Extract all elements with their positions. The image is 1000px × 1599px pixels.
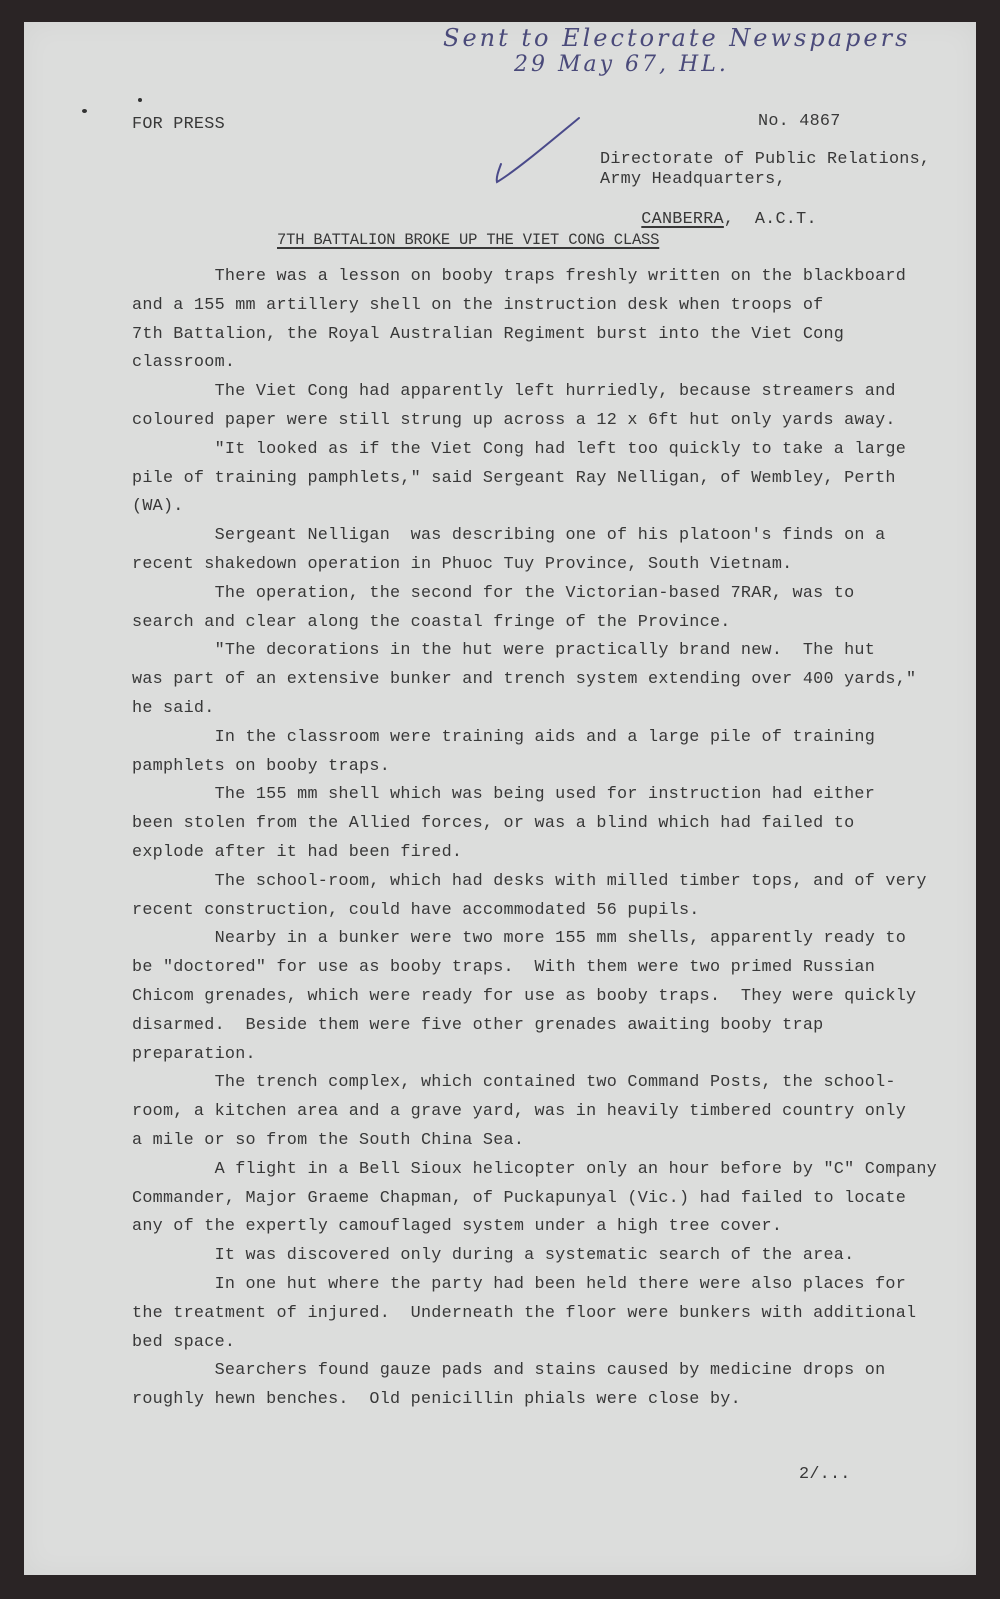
body-line: "The decorations in the hut were practic…: [132, 641, 875, 661]
body-line: coloured paper were still strung up acro…: [132, 411, 896, 431]
body-line: pamphlets on booby traps.: [132, 757, 390, 777]
body-line: Searchers found gauze pads and stains ca…: [132, 1361, 885, 1381]
body-line: The school-room, which had desks with mi…: [132, 872, 927, 892]
body-line: any of the expertly camouflaged system u…: [132, 1217, 782, 1237]
body-line: Nearby in a bunker were two more 155 mm …: [132, 929, 906, 949]
address-state: , A.C.T.: [724, 210, 817, 229]
address-city: CANBERRA: [641, 210, 724, 229]
address-line-2: Army Headquarters,: [600, 170, 786, 190]
body-line: was part of an extensive bunker and tren…: [132, 670, 916, 690]
body-line: the treatment of injured. Underneath the…: [132, 1304, 916, 1324]
body-line: There was a lesson on booby traps freshl…: [132, 267, 906, 287]
continuation-marker: 2/...: [799, 1465, 851, 1485]
body-line: Sergeant Nelligan was describing one of …: [132, 526, 885, 546]
body-line: explode after it had been fired.: [132, 843, 462, 863]
body-line: The trench complex, which contained two …: [132, 1073, 896, 1093]
body-line: room, a kitchen area and a grave yard, w…: [132, 1102, 906, 1122]
document-page: Sent to Electorate Newspapers 29 May 67,…: [24, 22, 976, 1575]
body-line: bed space.: [132, 1333, 235, 1353]
body-line: It was discovered only during a systemat…: [132, 1246, 854, 1266]
body-line: disarmed. Beside them were five other gr…: [132, 1016, 823, 1036]
body-line: In the classroom were training aids and …: [132, 728, 875, 748]
body-line: The 155 mm shell which was being used fo…: [132, 785, 875, 805]
body-line: The Viet Cong had apparently left hurrie…: [132, 382, 896, 402]
body-line: recent construction, could have accommod…: [132, 901, 700, 921]
body-line: roughly hewn benches. Old penicillin phi…: [132, 1390, 741, 1410]
release-number: No. 4867: [758, 112, 841, 132]
body-line: The operation, the second for the Victor…: [132, 584, 854, 604]
body-line: pile of training pamphlets," said Sergea…: [132, 469, 896, 489]
body-line: (WA).: [132, 497, 184, 517]
body-line: recent shakedown operation in Phuoc Tuy …: [132, 555, 793, 575]
body-line: he said.: [132, 699, 215, 719]
body-line: "It looked as if the Viet Cong had left …: [132, 440, 906, 460]
body-line: 7th Battalion, the Royal Australian Regi…: [132, 325, 844, 345]
body-line: Commander, Major Graeme Chapman, of Puck…: [132, 1189, 906, 1209]
body-line: been stolen from the Allied forces, or w…: [132, 814, 854, 834]
body-line: A flight in a Bell Sioux helicopter only…: [132, 1160, 937, 1180]
body-line: a mile or so from the South China Sea.: [132, 1131, 524, 1151]
body-line: be "doctored" for use as booby traps. Wi…: [132, 958, 875, 978]
body-line: In one hut where the party had been held…: [132, 1275, 906, 1295]
body-line: search and clear along the coastal fring…: [132, 613, 731, 633]
for-press-label: FOR PRESS: [132, 115, 225, 135]
body-line: classroom.: [132, 353, 235, 373]
body-line: preparation.: [132, 1045, 256, 1065]
body-line: and a 155 mm artillery shell on the inst…: [132, 296, 823, 316]
address-line-1: Directorate of Public Relations,: [600, 150, 930, 170]
headline: 7TH BATTALION BROKE UP THE VIET CONG CLA…: [277, 230, 659, 250]
body-line: Chicom grenades, which were ready for us…: [132, 987, 916, 1007]
